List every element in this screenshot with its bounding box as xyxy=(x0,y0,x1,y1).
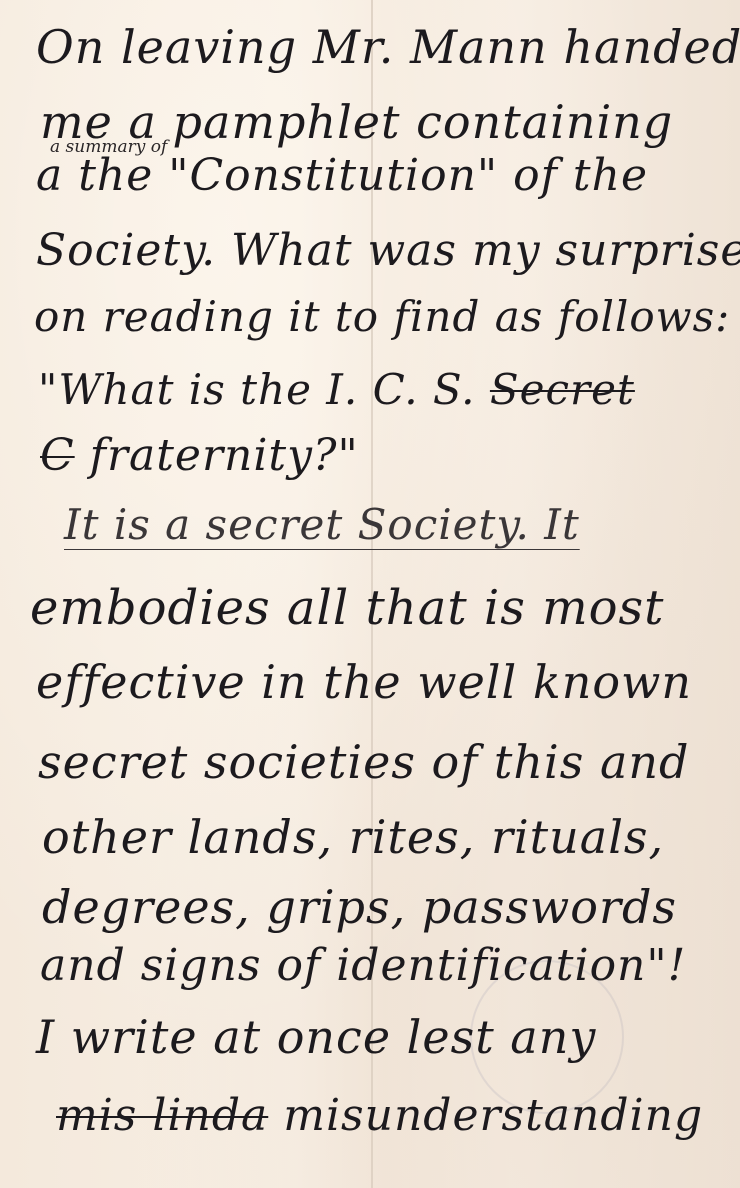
handwritten-line-5: on reading it to find as follows: xyxy=(34,292,730,341)
handwritten-line-1: On leaving Mr. Mann handed xyxy=(36,20,740,74)
handwritten-line-16: mis linda misunderstanding xyxy=(56,1090,703,1141)
handwritten-line-12: other lands, rites, rituals, xyxy=(42,810,664,864)
handwritten-line-7: C fraternity?" xyxy=(40,430,359,481)
handwritten-line-6: "What is the I. C. S. Secret xyxy=(38,365,635,414)
struck-word: Secret xyxy=(490,365,635,414)
handwritten-line-11: secret societies of this and xyxy=(38,735,689,789)
handwritten-line-13: degrees, grips, passwords xyxy=(42,880,677,934)
line-16-text: misunderstanding xyxy=(283,1090,703,1141)
struck-letter: C xyxy=(40,430,75,481)
handwritten-line-15: I write at once lest any xyxy=(36,1010,596,1064)
line-7-text: fraternity?" xyxy=(90,430,359,481)
handwritten-line-3: a the "Constitution" of the xyxy=(36,150,648,201)
line-6-text: "What is the I. C. S. xyxy=(38,365,476,414)
handwritten-line-9: embodies all that is most xyxy=(30,580,664,636)
underlined-heading-line: It is a secret Society. It xyxy=(64,500,580,549)
struck-words: mis linda xyxy=(56,1090,268,1141)
letter-page: a summary of On leaving Mr. Mann handed … xyxy=(0,0,740,1188)
handwritten-line-14: and signs of identification"! xyxy=(40,940,686,991)
handwritten-line-2: me a pamphlet containing xyxy=(40,95,673,149)
handwritten-line-4: Society. What was my surprise xyxy=(36,225,740,276)
handwritten-line-10: effective in the well known xyxy=(36,655,692,709)
